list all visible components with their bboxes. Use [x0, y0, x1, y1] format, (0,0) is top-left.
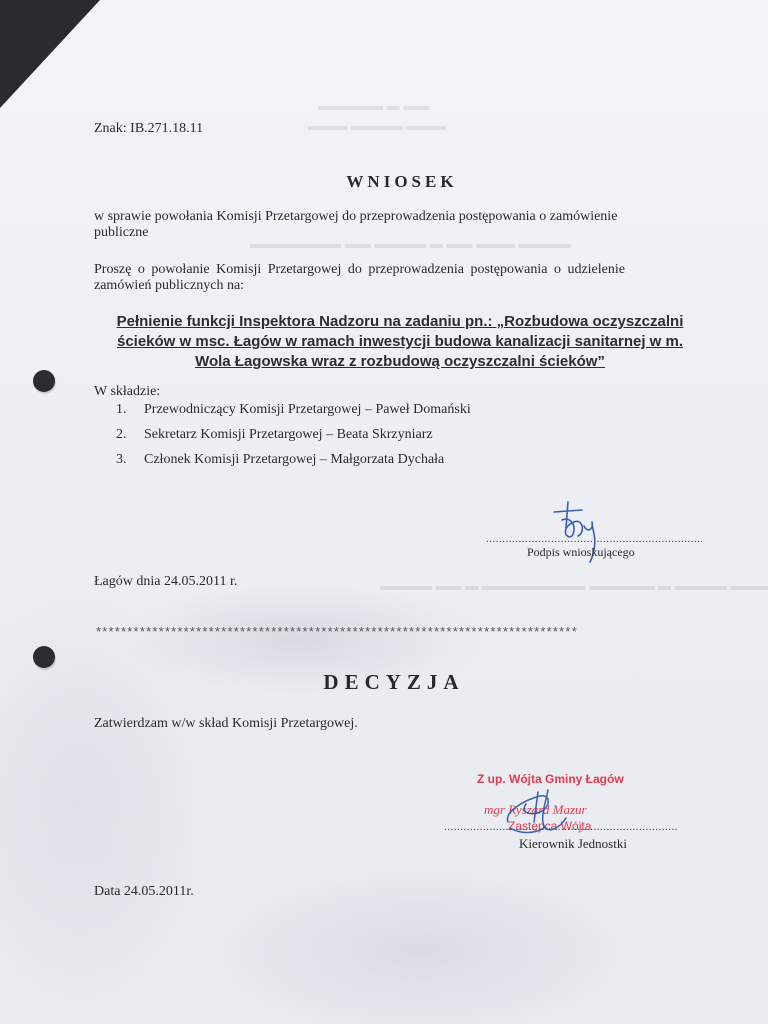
request-subject-line-1: w sprawie powołania Komisji Przetargowej… [94, 209, 617, 225]
folded-corner [0, 0, 100, 108]
request-body-line-1: Proszę o powołanie Komisji Przetargowej … [94, 262, 625, 278]
request-subject-line-2: publiczne [94, 225, 148, 241]
scanned-page: ▬▬▬▬▬ ▬ ▬▬ ▬▬▬ ▬▬▬▬ ▬▬▬ ▬▬▬▬▬▬▬ ▬▬ ▬▬▬▬ … [0, 0, 768, 1024]
decision-text: Zatwierdzam w/w skład Komisji Przetargow… [94, 716, 358, 732]
task-title-line-1: Pełnienie funkcji Inspektora Nadzoru na … [100, 312, 700, 332]
head-signature-label: Kierownik Jednostki [519, 836, 627, 852]
composition-label: W składzie: [94, 384, 160, 400]
task-title-line-2: ścieków w msc. Łagów w ramach inwestycji… [100, 332, 700, 352]
committee-members-list: 1.Przewodniczący Komisji Przetargowej – … [116, 400, 471, 475]
list-item: 1.Przewodniczący Komisji Przetargowej – … [116, 400, 471, 425]
applicant-signature-label: Podpis wnioskującego [527, 545, 635, 560]
task-title-line-3: Wola Łagowska wraz z rozbudową oczyszcza… [100, 352, 700, 372]
section-separator: ****************************************… [96, 624, 696, 639]
punch-hole-top [33, 370, 55, 392]
bleed-through-text: ▬▬▬▬▬ ▬ ▬▬ [318, 98, 429, 113]
head-signature-icon [500, 782, 580, 842]
bleed-through-text: ▬▬▬▬ ▬▬ ▬ ▬▬▬▬▬▬▬▬ ▬▬▬▬▬ ▬ ▬▬▬▬ ▬▬▬▬▬ [380, 578, 768, 593]
place-and-date: Łagów dnia 24.05.2011 r. [94, 574, 237, 590]
task-title: Pełnienie funkcji Inspektora Nadzoru na … [100, 312, 700, 372]
bleed-through-text: ▬▬▬▬▬▬▬ ▬▬ ▬▬▬▬ ▬ ▬▬ ▬▬▬ ▬▬▬▬ [250, 236, 571, 251]
punch-hole-bottom [33, 646, 55, 668]
final-date: Data 24.05.2011r. [94, 884, 194, 900]
request-body-line-2: zamówień publicznych na: [94, 278, 244, 294]
decision-heading: DECYZJA [0, 670, 768, 695]
bleed-through-text: ▬▬▬ ▬▬▬▬ ▬▬▬ [308, 118, 445, 133]
request-heading: WNIOSEK [0, 172, 768, 192]
list-item: 3.Członek Komisji Przetargowej – Małgorz… [116, 450, 471, 475]
reference-number: Znak: IB.271.18.11 [94, 121, 203, 137]
list-item: 2.Sekretarz Komisji Przetargowej – Beata… [116, 425, 471, 450]
